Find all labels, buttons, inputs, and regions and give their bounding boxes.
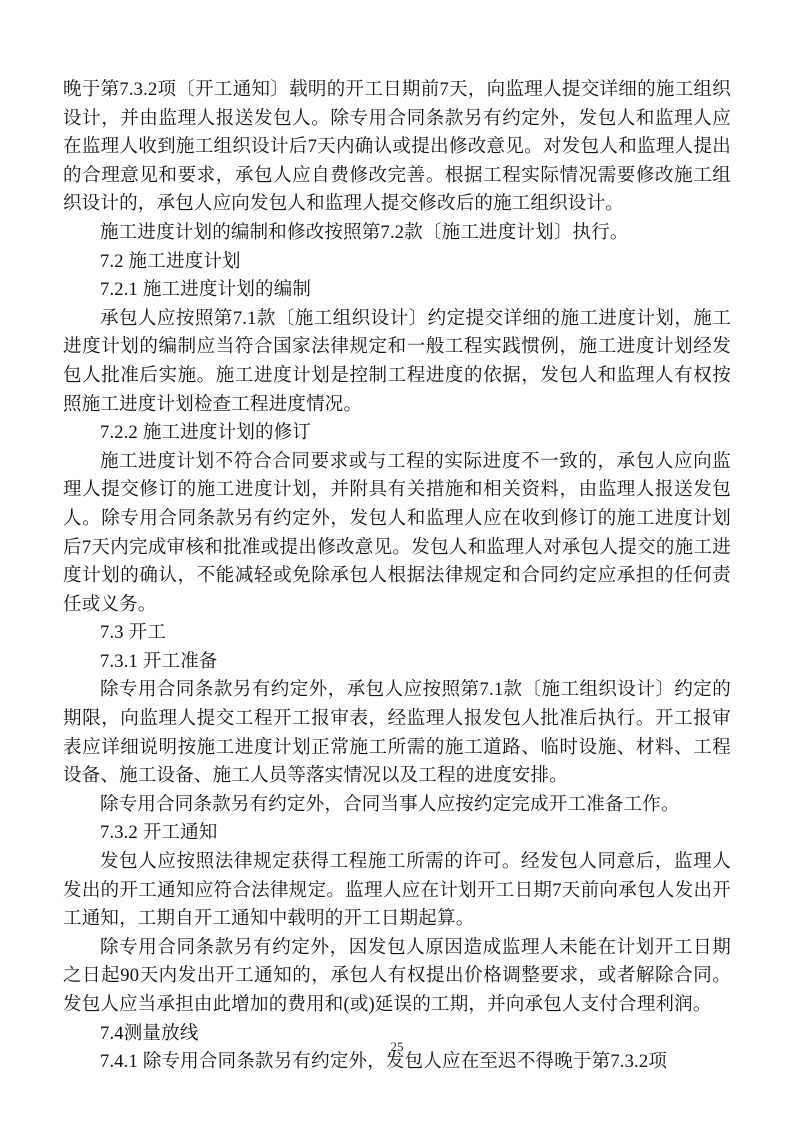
document-page: 晚于第7.3.2项〔开工通知〕载明的开工日期前7天，向监理人提交详细的施工组织设… <box>0 0 794 1122</box>
paragraph: 施工进度计划的编制和修改按照第7.2款〔施工进度计划〕执行。 <box>63 219 731 248</box>
paragraph: 除专用合同条款另有约定外，合同当事人应按约定完成开工准备工作。 <box>63 791 731 820</box>
paragraph: 除专用合同条款另有约定外，承包人应按照第7.1款〔施工组织设计〕约定的期限，向监… <box>63 676 731 790</box>
section-heading: 7.3.2 开工通知 <box>63 819 731 848</box>
paragraph: 施工进度计划不符合合同要求或与工程的实际进度不一致的，承包人应向监理人提交修订的… <box>63 448 731 620</box>
section-heading: 7.2.1 施工进度计划的编制 <box>63 276 731 305</box>
paragraph: 发包人应按照法律规定获得工程施工所需的许可。经发包人同意后，监理人发出的开工通知… <box>63 848 731 934</box>
section-heading: 7.3.1 开工准备 <box>63 648 731 677</box>
section-heading: 7.2.2 施工进度计划的修订 <box>63 419 731 448</box>
paragraph: 承包人应按照第7.1款〔施工组织设计〕约定提交详细的施工进度计划，施工进度计划的… <box>63 305 731 419</box>
paragraph: 晚于第7.3.2项〔开工通知〕载明的开工日期前7天，向监理人提交详细的施工组织设… <box>63 76 731 219</box>
paragraph: 除专用合同条款另有约定外，因发包人原因造成监理人未能在计划开工日期之日起90天内… <box>63 934 731 1020</box>
section-heading: 7.2 施工进度计划 <box>63 248 731 277</box>
document-body: 晚于第7.3.2项〔开工通知〕载明的开工日期前7天，向监理人提交详细的施工组织设… <box>63 76 731 1077</box>
page-number: 25 <box>0 1038 794 1056</box>
section-heading: 7.3 开工 <box>63 619 731 648</box>
